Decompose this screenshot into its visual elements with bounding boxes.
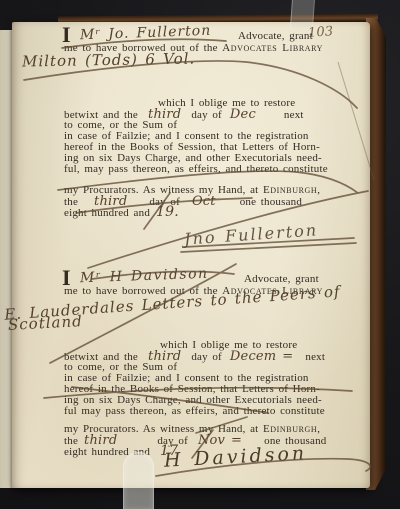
printed-next: next (284, 109, 304, 121)
handwritten-return-month: Dec (230, 107, 256, 122)
register-page: 103 I Mʳ Jo. Fullerton Advocate, grant m… (12, 22, 370, 488)
printed-edinburgh: Edinburgh, (263, 184, 321, 196)
page-holder-strap-bottom (123, 452, 154, 509)
printed-library-name: Advocates Library (222, 42, 323, 54)
handwritten-return-month: Decem = (230, 349, 293, 364)
handwritten-book-title: Milton (Tods) 6 Vol. (22, 53, 195, 67)
printed-advocate-grant: Advocate, grant (238, 31, 313, 42)
handwritten-signature: Jno Fullerton (184, 224, 319, 244)
printed-constitute-line: ful may pass thereon, as effeirs, and th… (64, 406, 325, 417)
printed-advocate-grant: Advocate, grant (244, 274, 319, 285)
printed-next: next (305, 351, 325, 363)
handwritten-signature: H Davidson (164, 448, 308, 466)
printed-day-of: day of (191, 351, 222, 363)
handwritten-year: 19. (156, 204, 179, 220)
handwritten-witness-month: Oct (192, 194, 216, 209)
handwritten-book-title-line2: Scotland (8, 316, 83, 331)
printed-year-line: eight hundred and17 (64, 446, 178, 458)
handwritten-borrower-name: Mʳ Jo. Fullerton (80, 26, 212, 42)
photographed-register-book: 103 I Mʳ Jo. Fullerton Advocate, grant m… (0, 0, 400, 509)
handwritten-borrower-name: Mʳ H Davidson (80, 269, 209, 284)
printed-constitute-line: ful, may pass thereon, as effeirs, and t… (64, 164, 328, 175)
printed-edinburgh: Edinburgh, (263, 423, 321, 435)
printed-day-of: day of (191, 109, 222, 121)
printed-year-line: eight hundred and19. (64, 207, 179, 219)
printed-one-thousand: one thousand (240, 196, 302, 208)
page-holder-strap-top (290, 0, 315, 27)
printed-hundred: eight hundred and (64, 207, 150, 219)
